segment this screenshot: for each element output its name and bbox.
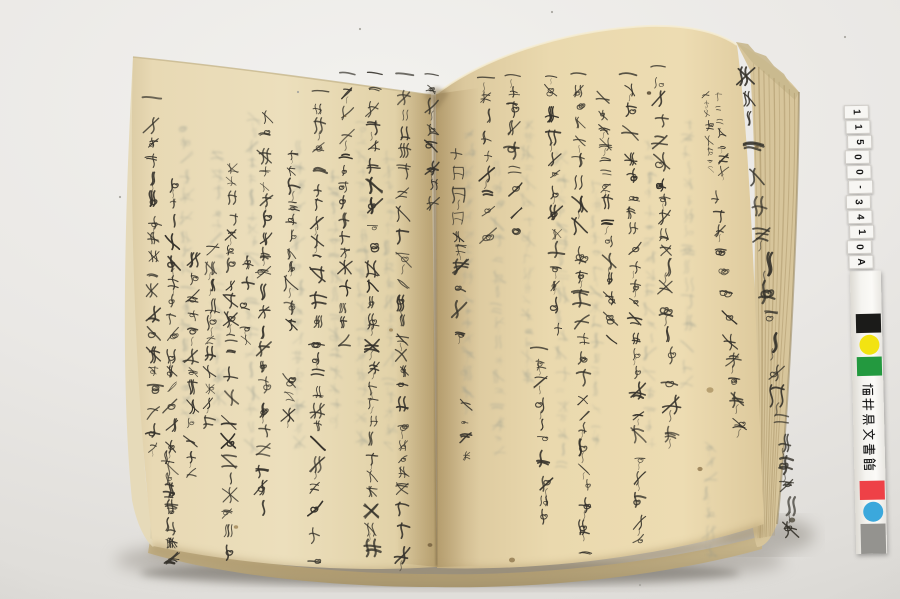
org-kanji-glyph (862, 413, 875, 426)
code-block-char: 1 (849, 225, 874, 240)
code-block-char: A (848, 255, 873, 270)
code-block-char: - (848, 180, 873, 195)
code-block-char: 1 (845, 120, 870, 135)
code-block-char: 3 (845, 195, 870, 210)
patch-black (856, 313, 881, 332)
code-block-char: 0 (846, 240, 871, 255)
archive-scale-strip: 11500-3410A (834, 104, 890, 537)
patch-gray (861, 524, 887, 554)
code-block-char: 5 (846, 135, 871, 150)
patch-blue (860, 500, 886, 524)
org-kanji-glyph (863, 443, 876, 456)
code-block-char: 0 (846, 165, 871, 180)
org-kanji-glyph (862, 398, 875, 411)
color-calibration-stick (850, 271, 887, 555)
org-kanji-glyph (863, 458, 876, 471)
patch-yellow (856, 332, 882, 356)
patch-red (860, 481, 885, 500)
patch-green (857, 356, 882, 375)
code-block-char: 0 (844, 150, 869, 165)
code-block-char: 4 (847, 210, 872, 225)
archive-org-label (852, 379, 885, 475)
code-block-char: 1 (843, 105, 868, 120)
right-page (436, 26, 764, 569)
book-photo (0, 0, 900, 599)
photo-scene: 11500-3410A (0, 0, 900, 599)
archive-code-blocks: 11500-3410A (834, 104, 884, 269)
stick-spacer (850, 271, 882, 315)
org-kanji-glyph (861, 383, 874, 396)
org-kanji-glyph (862, 428, 875, 441)
